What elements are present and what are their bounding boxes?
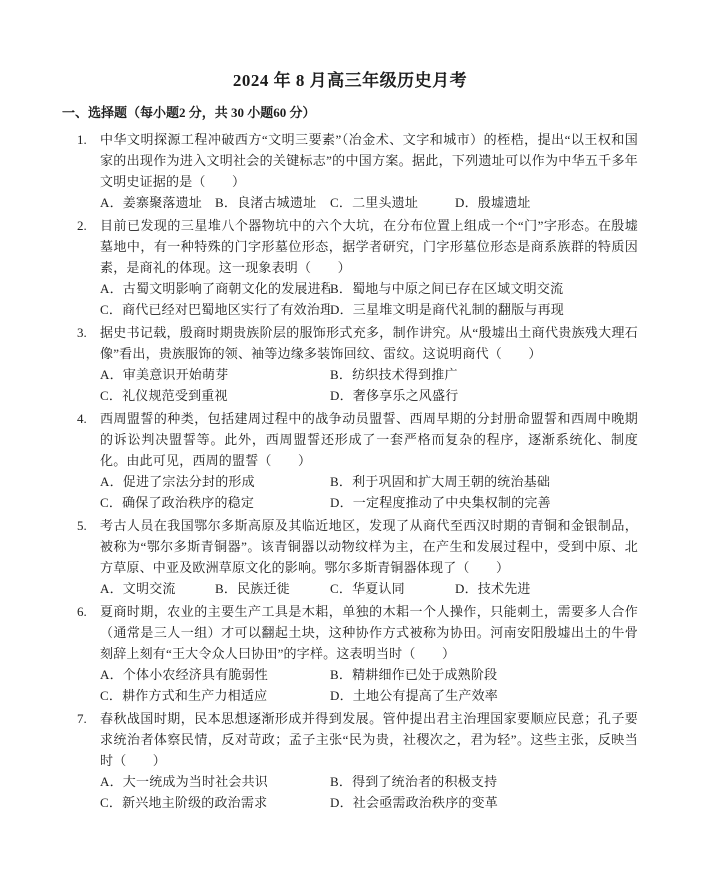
options-grid: A．促进了宗法分封的形成 B．利于巩固和扩大周王朝的统治基础 C．确保了政治秩序… — [100, 471, 638, 513]
option-c: C．商代已经对巴蜀地区实行了有效治理 — [100, 299, 330, 320]
question-number: 4. — [62, 408, 100, 471]
option-d: D．一定程度推动了中央集权制的完善 — [330, 492, 638, 513]
option-c: C．华夏认同 — [330, 578, 455, 599]
question-text: 西周盟誓的种类，包括建周过程中的战争动员盟誓、西周早期的分封册命盟誓和西周中晚期… — [100, 408, 638, 471]
question-text: 目前已发现的三星堆八个器物坑中的六个大坑，在分布位置上组成一个“门”字形态。在殷… — [100, 215, 638, 278]
option-a: A．大一统成为当时社会共识 — [100, 771, 330, 792]
question-1: 1. 中华文明探源工程冲破西方“文明三要素”（冶金术、文字和城市）的桎梏，提出“… — [62, 129, 638, 213]
option-c: C．耕作方式和生产力相适应 — [100, 685, 330, 706]
question-text: 考古人员在我国鄂尔多斯高原及其临近地区，发现了从商代至西汉时期的青铜和金银制品，… — [100, 515, 638, 578]
question-3: 3. 据史书记载，殷商时期贵族阶层的服饰形式充多，制作讲究。从“殷墟出土商代贵族… — [62, 322, 638, 406]
question-5: 5. 考古人员在我国鄂尔多斯高原及其临近地区，发现了从商代至西汉时期的青铜和金银… — [62, 515, 638, 599]
option-b: B．利于巩固和扩大周王朝的统治基础 — [330, 471, 638, 492]
question-text: 据史书记载，殷商时期贵族阶层的服饰形式充多，制作讲究。从“殷墟出土商代贵族残大理… — [100, 322, 638, 364]
option-a: A．古蜀文明影响了商朝文化的发展进程 — [100, 278, 330, 299]
exam-document-page: 2024 年 8 月高三年级历史月考 一、选择题（每小题2 分，共 30 小题6… — [0, 0, 701, 877]
option-a: A．文明交流 — [100, 578, 215, 599]
question-7: 7. 春秋战国时期，民本思想逐渐形成并得到发展。管仲提出君主治理国家要顺应民意；… — [62, 708, 638, 813]
question-2: 2. 目前已发现的三星堆八个器物坑中的六个大坑，在分布位置上组成一个“门”字形态… — [62, 215, 638, 320]
option-a: A．促进了宗法分封的形成 — [100, 471, 330, 492]
option-d: D．殷墟遗址 — [455, 192, 638, 213]
question-text: 春秋战国时期，民本思想逐渐形成并得到发展。管仲提出君主治理国家要顺应民意；孔子要… — [100, 708, 638, 771]
option-d: D．三星堆文明是商代礼制的翻版与再现 — [330, 299, 638, 320]
option-a: A．审美意识开始萌芽 — [100, 364, 330, 385]
question-number: 7. — [62, 708, 100, 771]
option-b: B．得到了统治者的积极支持 — [330, 771, 638, 792]
option-d: D．奢侈享乐之风盛行 — [330, 385, 638, 406]
section-header: 一、选择题（每小题2 分，共 30 小题60 分） — [62, 102, 638, 123]
question-number: 1. — [62, 129, 100, 192]
question-number: 5. — [62, 515, 100, 578]
options-grid: A．个体小农经济具有脆弱性 B．精耕细作已处于成熟阶段 C．耕作方式和生产力相适… — [100, 664, 638, 706]
options-grid: A．古蜀文明影响了商朝文化的发展进程 B．蜀地与中原之间已存在区域文明交流 C．… — [100, 278, 638, 320]
option-c: C．二里头遗址 — [330, 192, 455, 213]
question-text: 中华文明探源工程冲破西方“文明三要素”（冶金术、文字和城市）的桎梏，提出“以王权… — [100, 129, 638, 192]
question-number: 3. — [62, 322, 100, 364]
question-text: 夏商时期，农业的主要生产工具是木耜，单独的木耜一个人操作，只能刺土，需要多人合作… — [100, 601, 638, 664]
option-a: A．个体小农经济具有脆弱性 — [100, 664, 330, 685]
question-number: 6. — [62, 601, 100, 664]
option-b: B．精耕细作已处于成熟阶段 — [330, 664, 638, 685]
option-b: B．民族迁徙 — [215, 578, 330, 599]
option-b: B．纺织技术得到推广 — [330, 364, 638, 385]
option-d: D．技术先进 — [455, 578, 638, 599]
option-c: C．新兴地主阶级的政治需求 — [100, 792, 330, 813]
options-grid: A．大一统成为当时社会共识 B．得到了统治者的积极支持 C．新兴地主阶级的政治需… — [100, 771, 638, 813]
options-grid: A．审美意识开始萌芽 B．纺织技术得到推广 C．礼仪规范受到重视 D．奢侈享乐之… — [100, 364, 638, 406]
option-b: B．蜀地与中原之间已存在区域文明交流 — [330, 278, 638, 299]
option-d: D．土地公有提高了生产效率 — [330, 685, 638, 706]
question-6: 6. 夏商时期，农业的主要生产工具是木耜，单独的木耜一个人操作，只能刺土，需要多… — [62, 601, 638, 706]
option-c: C．礼仪规范受到重视 — [100, 385, 330, 406]
option-d: D．社会亟需政治秩序的变革 — [330, 792, 638, 813]
question-number: 2. — [62, 215, 100, 278]
option-a: A．姜寨聚落遗址 — [100, 192, 215, 213]
options-row: A．姜寨聚落遗址 B．良渚古城遗址 C．二里头遗址 D．殷墟遗址 — [100, 192, 638, 213]
options-row: A．文明交流 B．民族迁徙 C．华夏认同 D．技术先进 — [100, 578, 638, 599]
page-title: 2024 年 8 月高三年级历史月考 — [62, 70, 638, 92]
option-c: C．确保了政治秩序的稳定 — [100, 492, 330, 513]
option-b: B．良渚古城遗址 — [215, 192, 330, 213]
question-4: 4. 西周盟誓的种类，包括建周过程中的战争动员盟誓、西周早期的分封册命盟誓和西周… — [62, 408, 638, 513]
